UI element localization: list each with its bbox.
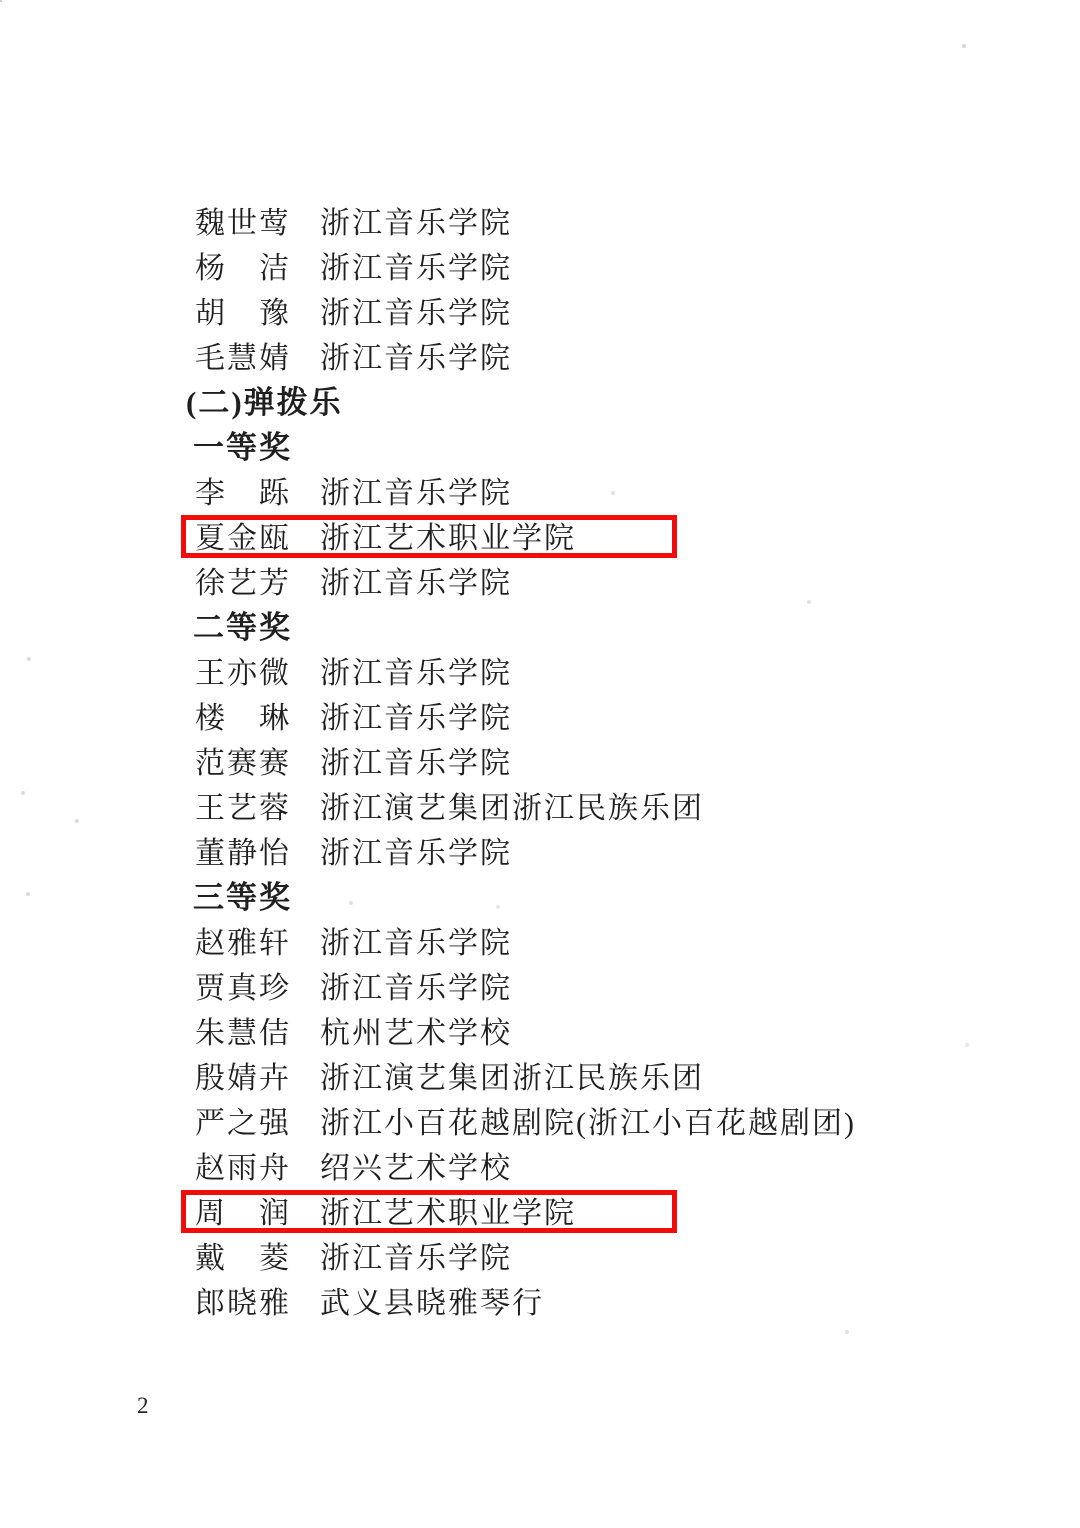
award-entry: 王亦微浙江音乐学院 (0, 647, 1080, 692)
award-tier-heading: 二等奖 (0, 602, 1080, 647)
winner-organization: 浙江音乐学院 (320, 288, 512, 332)
winner-name: 胡 豫 (195, 288, 320, 332)
winner-name: 徐艺芳 (195, 558, 320, 602)
page-number: 2 (137, 1393, 149, 1419)
award-tier-heading: 一等奖 (0, 422, 1080, 467)
winner-name: 夏金瓯 (195, 513, 320, 557)
winner-name: 范赛赛 (195, 738, 320, 782)
award-entry: 魏世莺浙江音乐学院 (0, 197, 1080, 242)
winner-name: 朱慧佶 (195, 1008, 320, 1052)
winner-organization: 浙江音乐学院 (320, 198, 512, 242)
award-entry: 殷婧卉浙江演艺集团浙江民族乐团 (0, 1052, 1080, 1097)
winner-name: 周 润 (195, 1188, 320, 1232)
award-entry: 董静怡浙江音乐学院 (0, 827, 1080, 872)
winner-name: 王艺蓉 (195, 783, 320, 827)
winner-organization: 浙江音乐学院 (320, 648, 512, 692)
award-entry: 毛慧婧浙江音乐学院 (0, 332, 1080, 377)
award-entry: 范赛赛浙江音乐学院 (0, 737, 1080, 782)
award-tier-heading: 三等奖 (0, 872, 1080, 917)
award-entry: 夏金瓯浙江艺术职业学院 (0, 512, 1080, 557)
winner-organization: 浙江小百花越剧院(浙江小百花越剧团) (320, 1098, 856, 1142)
winner-name: 贾真珍 (195, 963, 320, 1007)
winner-name: 赵雅轩 (195, 918, 320, 962)
award-entry: 徐艺芳浙江音乐学院 (0, 557, 1080, 602)
scan-noise (0, 0, 2, 2)
award-entry: 周 润浙江艺术职业学院 (0, 1187, 1080, 1232)
winner-name: 杨 洁 (195, 243, 320, 287)
award-entry: 杨 洁浙江音乐学院 (0, 242, 1080, 287)
winner-organization: 浙江音乐学院 (320, 828, 512, 872)
winner-organization: 浙江演艺集团浙江民族乐团 (320, 1053, 704, 1097)
winner-name: 魏世莺 (195, 198, 320, 242)
winner-organization: 浙江音乐学院 (320, 468, 512, 512)
winner-name: 戴 菱 (195, 1233, 320, 1277)
winner-name: 赵雨舟 (195, 1143, 320, 1187)
award-entry: 楼 琳浙江音乐学院 (0, 692, 1080, 737)
winner-name: 毛慧婧 (195, 333, 320, 377)
award-entry: 王艺蓉浙江演艺集团浙江民族乐团 (0, 782, 1080, 827)
winner-organization: 浙江音乐学院 (320, 918, 512, 962)
winner-name: 李 跞 (195, 468, 320, 512)
award-winner-list: 魏世莺浙江音乐学院杨 洁浙江音乐学院胡 豫浙江音乐学院毛慧婧浙江音乐学院(二)弹… (0, 197, 1080, 1322)
section-heading: (二)弹拨乐 (0, 377, 1080, 422)
scanned-document-page: 魏世莺浙江音乐学院杨 洁浙江音乐学院胡 豫浙江音乐学院毛慧婧浙江音乐学院(二)弹… (0, 0, 1080, 1528)
award-entry: 郎晓雅武义县晓雅琴行 (0, 1277, 1080, 1322)
award-entry: 朱慧佶杭州艺术学校 (0, 1007, 1080, 1052)
winner-organization: 浙江音乐学院 (320, 558, 512, 602)
winner-organization: 浙江音乐学院 (320, 333, 512, 377)
winner-organization: 浙江演艺集团浙江民族乐团 (320, 783, 704, 827)
award-entry: 李 跞浙江音乐学院 (0, 467, 1080, 512)
award-entry: 赵雅轩浙江音乐学院 (0, 917, 1080, 962)
award-entry: 贾真珍浙江音乐学院 (0, 962, 1080, 1007)
winner-organization: 武义县晓雅琴行 (320, 1278, 544, 1322)
winner-organization: 浙江音乐学院 (320, 738, 512, 782)
winner-name: 王亦微 (195, 648, 320, 692)
winner-organization: 浙江音乐学院 (320, 243, 512, 287)
winner-organization: 浙江艺术职业学院 (320, 1188, 576, 1232)
award-entry: 胡 豫浙江音乐学院 (0, 287, 1080, 332)
winner-name: 楼 琳 (195, 693, 320, 737)
winner-name: 郎晓雅 (195, 1278, 320, 1322)
award-entry: 赵雨舟绍兴艺术学校 (0, 1142, 1080, 1187)
winner-organization: 杭州艺术学校 (320, 1008, 512, 1052)
winner-organization: 浙江音乐学院 (320, 693, 512, 737)
winner-name: 严之强 (195, 1098, 320, 1142)
winner-organization: 绍兴艺术学校 (320, 1143, 512, 1187)
winner-organization: 浙江艺术职业学院 (320, 513, 576, 557)
winner-name: 董静怡 (195, 828, 320, 872)
winner-name: 殷婧卉 (195, 1053, 320, 1097)
winner-organization: 浙江音乐学院 (320, 963, 512, 1007)
award-entry: 严之强浙江小百花越剧院(浙江小百花越剧团) (0, 1097, 1080, 1142)
winner-organization: 浙江音乐学院 (320, 1233, 512, 1277)
award-entry: 戴 菱浙江音乐学院 (0, 1232, 1080, 1277)
